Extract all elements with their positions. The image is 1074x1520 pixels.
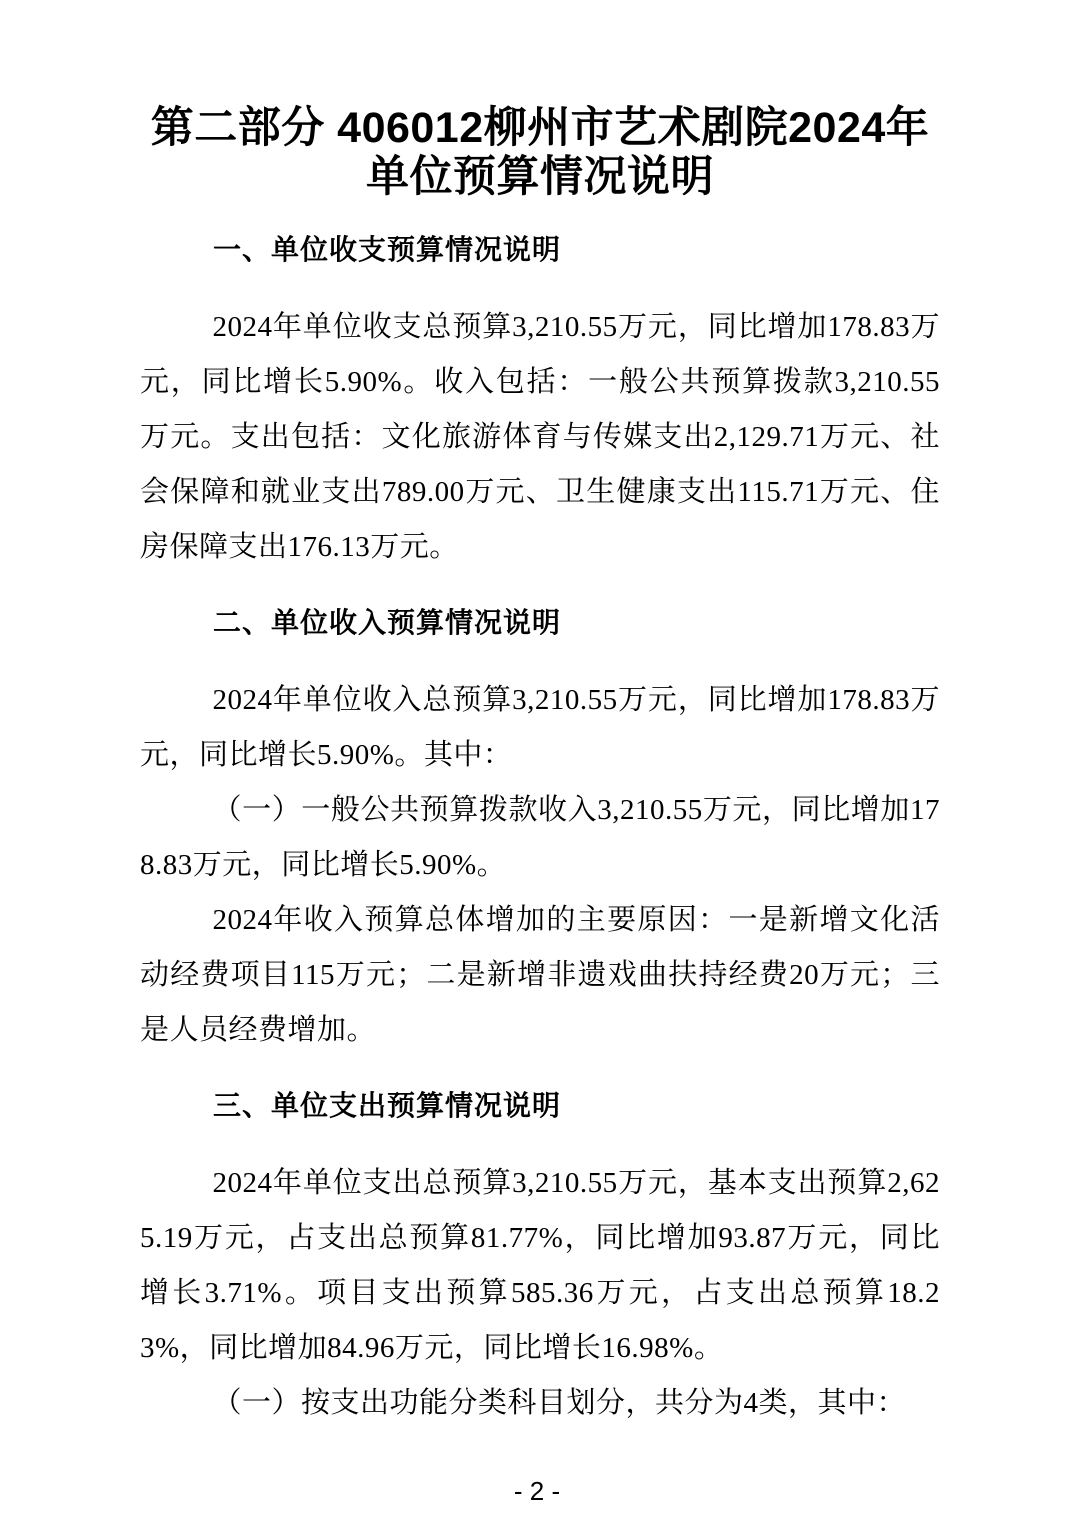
document-title: 第二部分 406012柳州市艺术剧院2024年单位预算情况说明 xyxy=(140,104,940,202)
paragraph-expenditure-function-classification: （一）按支出功能分类科目划分，共分为4类，其中： xyxy=(140,1376,940,1431)
section-expenditure-budget: 三、单位支出预算情况说明 2024年单位支出总预算3,210.55万元，基本支出… xyxy=(140,1090,940,1431)
paragraph-income-total: 2024年单位收入总预算3,210.55万元，同比增加178.83万元，同比增长… xyxy=(140,673,940,783)
page-number: - 2 - xyxy=(0,1476,1074,1506)
document-page: 第二部分 406012柳州市艺术剧院2024年单位预算情况说明 一、单位收支预算… xyxy=(0,0,1074,1520)
section-budget-overview: 一、单位收支预算情况说明 2024年单位收支总预算3,210.55万元，同比增加… xyxy=(140,234,940,575)
paragraph-income-increase-reasons: 2024年收入预算总体增加的主要原因：一是新增文化活动经费项目115万元；二是新… xyxy=(140,893,940,1058)
section-heading-budget-overview: 一、单位收支预算情况说明 xyxy=(140,234,940,266)
paragraph-income-general-public-budget: （一）一般公共预算拨款收入3,210.55万元，同比增加178.83万元，同比增… xyxy=(140,783,940,893)
section-heading-expenditure-budget: 三、单位支出预算情况说明 xyxy=(140,1090,940,1122)
section-heading-income-budget: 二、单位收入预算情况说明 xyxy=(140,607,940,639)
paragraph-expenditure-total: 2024年单位支出总预算3,210.55万元，基本支出预算2,625.19万元，… xyxy=(140,1156,940,1376)
paragraph-budget-overview: 2024年单位收支总预算3,210.55万元，同比增加178.83万元，同比增长… xyxy=(140,300,940,575)
section-income-budget: 二、单位收入预算情况说明 2024年单位收入总预算3,210.55万元，同比增加… xyxy=(140,607,940,1058)
